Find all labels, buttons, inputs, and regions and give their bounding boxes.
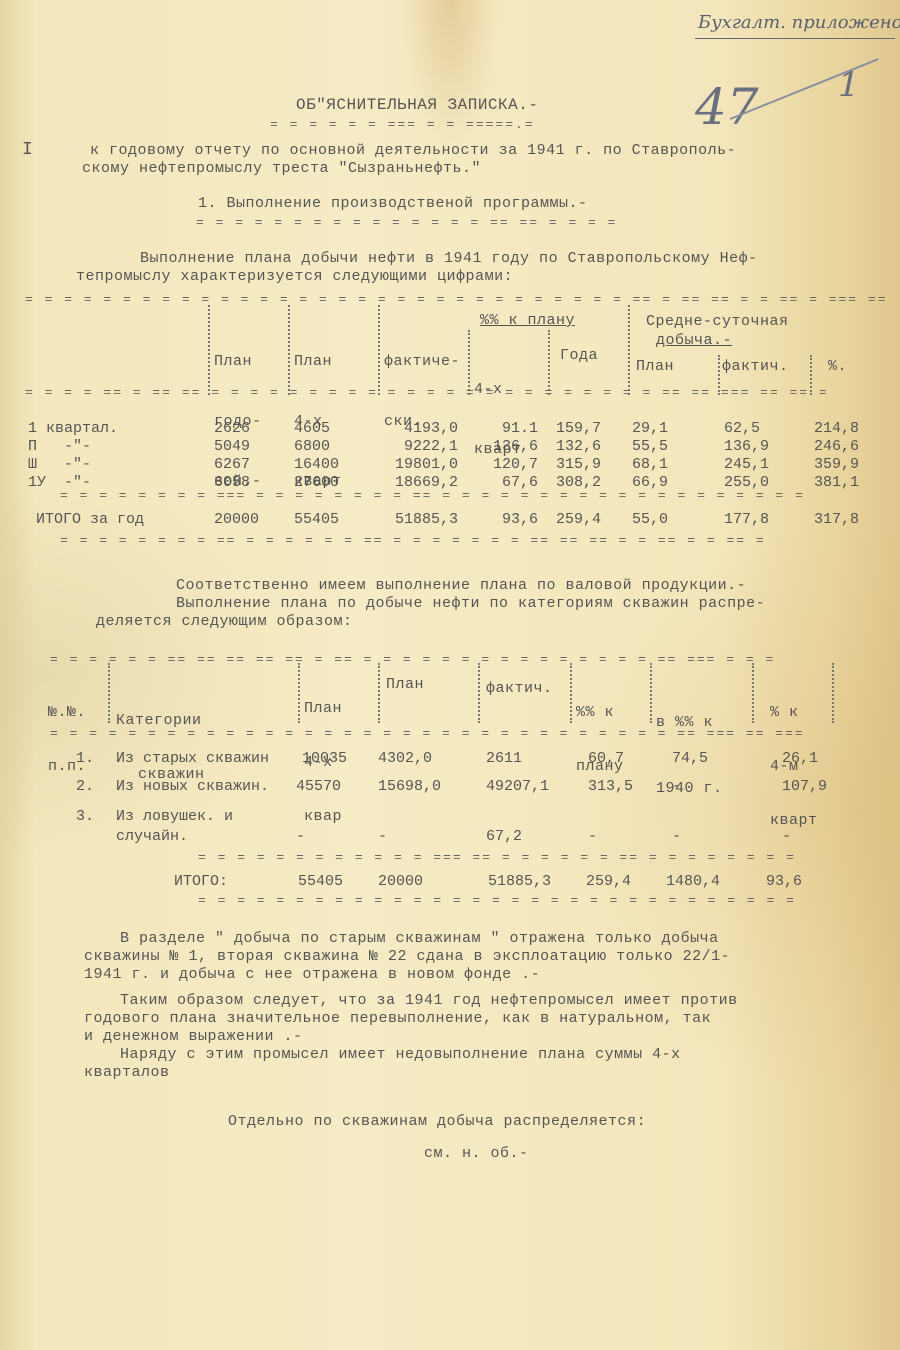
table-cell-daily-actual: 245,1 <box>724 456 769 473</box>
table-cell-pct-year: 159,7 <box>556 420 601 437</box>
table-cell-daily-pct: 246,6 <box>814 438 859 455</box>
table-cell-daily-pct: 359,9 <box>814 456 859 473</box>
col-sep <box>752 663 754 723</box>
total-label: ИТОГО: <box>174 873 228 890</box>
section-heading: 1. Выполнение производственой программы.… <box>198 195 588 212</box>
table-cell-plan-4q: 16400 <box>294 456 339 473</box>
handwritten-corner-note: Бухгалт. приложено <box>698 12 900 33</box>
total-cell-daily-plan: 55,0 <box>632 511 668 528</box>
table-cell-plan-year: 6267 <box>214 456 250 473</box>
total-cell-plan-4q: 55405 <box>298 873 343 890</box>
intro-line-2: тепромыслу характеризуется следующими ци… <box>76 268 513 285</box>
total-label: ИТОГО за год <box>36 511 144 528</box>
table2-header-rule: = = = = = = = = = = = = = = = = = = = = … <box>50 726 805 741</box>
intro-line-1: Выполнение плана добычи нефти в 1941 год… <box>140 250 758 267</box>
col-sep <box>832 663 834 723</box>
col-sep <box>378 305 380 395</box>
table-cell-pct-4q: 91.1 <box>502 420 538 437</box>
header-daily-pct: %. <box>828 358 847 375</box>
header-text: План <box>304 700 342 718</box>
col-sep <box>288 305 290 395</box>
table-cell-pct-1940: - <box>672 778 681 795</box>
table-cell-pct-plan: - <box>588 828 597 845</box>
t2-header-category: Категории скважин <box>116 676 205 820</box>
table-cell-actual: 9222,1 <box>404 438 458 455</box>
para4-line-3: и денежном выражении .- <box>84 1028 303 1045</box>
para4-line-1: Таким образом следует, что за 1941 год н… <box>120 992 738 1009</box>
table-cell-pct-year: 315,9 <box>556 456 601 473</box>
row-category: Из ловушек. и <box>116 808 233 825</box>
header-text: 1940 г. <box>656 778 723 800</box>
header-daily-plan: План <box>636 358 674 375</box>
table-cell-daily-pct: 214,8 <box>814 420 859 437</box>
table-cell-daily-plan: 55,5 <box>632 438 668 455</box>
total-cell-plan: 20000 <box>378 873 423 890</box>
header-text: %% к <box>576 704 624 722</box>
table-cell-plan-year: 5049 <box>214 438 250 455</box>
table-cell-pct-plan: 60,7 <box>588 750 624 767</box>
table-cell-actual: 19801,0 <box>395 456 458 473</box>
table-cell-plan: 15698,0 <box>378 778 441 795</box>
table-row-label: 1 квартал. <box>28 420 118 437</box>
table-cell-plan-4q: 45570 <box>296 778 341 795</box>
table-cell-actual: 49207,1 <box>486 778 549 795</box>
table1-bottom-rule: = = = = = = = = == = = = = = = == = = = … <box>60 533 766 548</box>
col-sep <box>298 663 300 723</box>
para4-line-2: годового плана значительное перевыполнен… <box>84 1010 711 1027</box>
para2-line-1: Соответственно имеем выполнение плана по… <box>176 577 746 594</box>
t2-header-pct-4q: % к 4-м кварт <box>770 668 818 866</box>
total-cell-daily-actual: 177,8 <box>724 511 769 528</box>
header-text: План <box>294 352 342 372</box>
header-pct-group: %% к плану <box>480 312 575 329</box>
header-daily-group: Средне-суточная <box>646 313 789 330</box>
subtitle-line-1: к годовому отчету по основной деятельнос… <box>90 142 736 159</box>
row-number: 1. <box>76 750 94 767</box>
table-cell-plan-4q: 6800 <box>294 438 330 455</box>
col-sep <box>570 663 572 723</box>
handwritten-page-number: 47 <box>695 78 759 136</box>
para5-line-2: кварталов <box>84 1064 170 1081</box>
document-title: ОБ"ЯСНИТЕЛЬНАЯ ЗАПИСКА.- <box>296 96 538 114</box>
row-number: 2. <box>76 778 94 795</box>
header-text: фактиче- <box>384 352 460 372</box>
table-cell-daily-actual: 136,9 <box>724 438 769 455</box>
total-cell-pct-4q: 93,6 <box>502 511 538 528</box>
table-cell-plan-4q: - <box>296 828 305 845</box>
header-text: План <box>214 352 262 372</box>
table2-subtotal-rule: = = = = = = = = = = = = === == = = = = =… <box>198 850 796 865</box>
col-sep <box>108 663 110 723</box>
reference-note: см. н. об.- <box>424 1145 529 1162</box>
table2-top-rule: = = = = = = == == == == == = == = = = = … <box>50 652 775 667</box>
table2-bottom-rule: = = = = = = = = = = = = = = = = = = = = … <box>198 893 796 908</box>
table-cell-pct-4q: 107,9 <box>782 778 827 795</box>
table-cell-pct-1940: - <box>672 828 681 845</box>
table-row-label: П -"- <box>28 438 91 455</box>
subtitle-line-2: скому нефтепромыслу треста "Сызраньнефть… <box>82 160 481 177</box>
para3-line-3: 1941 г. и добыча с нее отражена в новом … <box>84 966 540 983</box>
t2-header-actual: фактич. <box>486 680 553 697</box>
table-cell-pct-plan: 313,5 <box>588 778 633 795</box>
total-cell-pct-1940: 1480,4 <box>666 873 720 890</box>
para2-line-3: деляется следующим образом: <box>96 613 353 630</box>
total-cell-actual: 51885,3 <box>395 511 458 528</box>
header-text: кварт <box>770 812 818 830</box>
header-daily-group-2: добыча.- <box>656 332 732 349</box>
row-number: 3. <box>76 808 94 825</box>
table-cell-pct-year: 132,6 <box>556 438 601 455</box>
table-cell-actual: 67,2 <box>486 828 522 845</box>
row-category-cont: случайн. <box>116 828 188 845</box>
title-underline: = = = = = = === = = =====.= <box>270 117 535 132</box>
total-cell-plan-4q: 55405 <box>294 511 339 528</box>
handwritten-underline <box>695 38 895 39</box>
table-cell-plan-4q: 4605 <box>294 420 330 437</box>
total-cell-pct-plan: 259,4 <box>586 873 631 890</box>
total-cell-pct-year: 259,4 <box>556 511 601 528</box>
table-cell-pct-4q: - <box>782 828 791 845</box>
table-cell-actual: 4193,0 <box>404 420 458 437</box>
header-pct-year: Года <box>560 347 598 364</box>
col-sep <box>208 305 210 395</box>
header-text: квар <box>304 808 342 826</box>
table-row-label: Ш -"- <box>28 456 91 473</box>
table-cell-daily-plan: 68,1 <box>632 456 668 473</box>
section-underline: = = = = = = = = = = = = = = = == == = = … <box>196 215 617 230</box>
row-category: Из новых скважин. <box>116 778 269 795</box>
table-cell-plan-4q: 10035 <box>302 750 347 767</box>
table-cell-daily-plan: 29,1 <box>632 420 668 437</box>
row-category: Из старых скважин <box>116 750 269 767</box>
table-cell-pct-4q: 26,1 <box>782 750 818 767</box>
closing-line: Отдельно по скважинам добыча распределяе… <box>228 1113 646 1130</box>
table-cell-pct-4q: 136,6 <box>493 438 538 455</box>
t2-header-plan: План <box>386 676 424 693</box>
col-sep <box>628 305 630 395</box>
table1-subtotal-rule: = = = = = = = = === = = = = = = = = == =… <box>60 488 805 503</box>
table-cell-pct-1940: 74,5 <box>672 750 708 767</box>
col-sep <box>378 663 380 723</box>
para3-line-2: скважины № 1, вторая скважина № 22 сдана… <box>84 948 730 965</box>
header-text: % к <box>770 704 818 722</box>
total-cell-daily-pct: 317,8 <box>814 511 859 528</box>
para3-line-1: В разделе " добыча по старым скважинам "… <box>120 930 719 947</box>
para2-line-2: Выполнение плана по добыче нефти по кате… <box>176 595 765 612</box>
table-cell-daily-actual: 62,5 <box>724 420 760 437</box>
total-cell-actual: 51885,3 <box>488 873 551 890</box>
table-cell-daily-pct: 381,1 <box>814 474 859 491</box>
table-cell-actual: 2611 <box>486 750 522 767</box>
col-sep <box>478 663 480 723</box>
header-text: №.№. <box>48 704 86 722</box>
table-cell-plan: - <box>378 828 387 845</box>
header-daily-actual: фактич. <box>722 358 789 375</box>
table1-top-rule: = = = = = = = = = = = = = = = = = = = = … <box>25 292 888 307</box>
total-cell-pct-4q: 93,6 <box>766 873 802 890</box>
col-sep <box>650 663 652 723</box>
table-cell-pct-4q: 120,7 <box>493 456 538 473</box>
table-cell-plan-year: 2626 <box>214 420 250 437</box>
table1-header-rule: = = = = == = == == = = = = = = = = = = =… <box>25 385 829 400</box>
table-cell-plan: 4302,0 <box>378 750 432 767</box>
margin-mark: I <box>22 140 33 160</box>
total-cell-plan-year: 20000 <box>214 511 259 528</box>
para5-line-1: Наряду с этим промысел имеет недовыполне… <box>120 1046 681 1063</box>
